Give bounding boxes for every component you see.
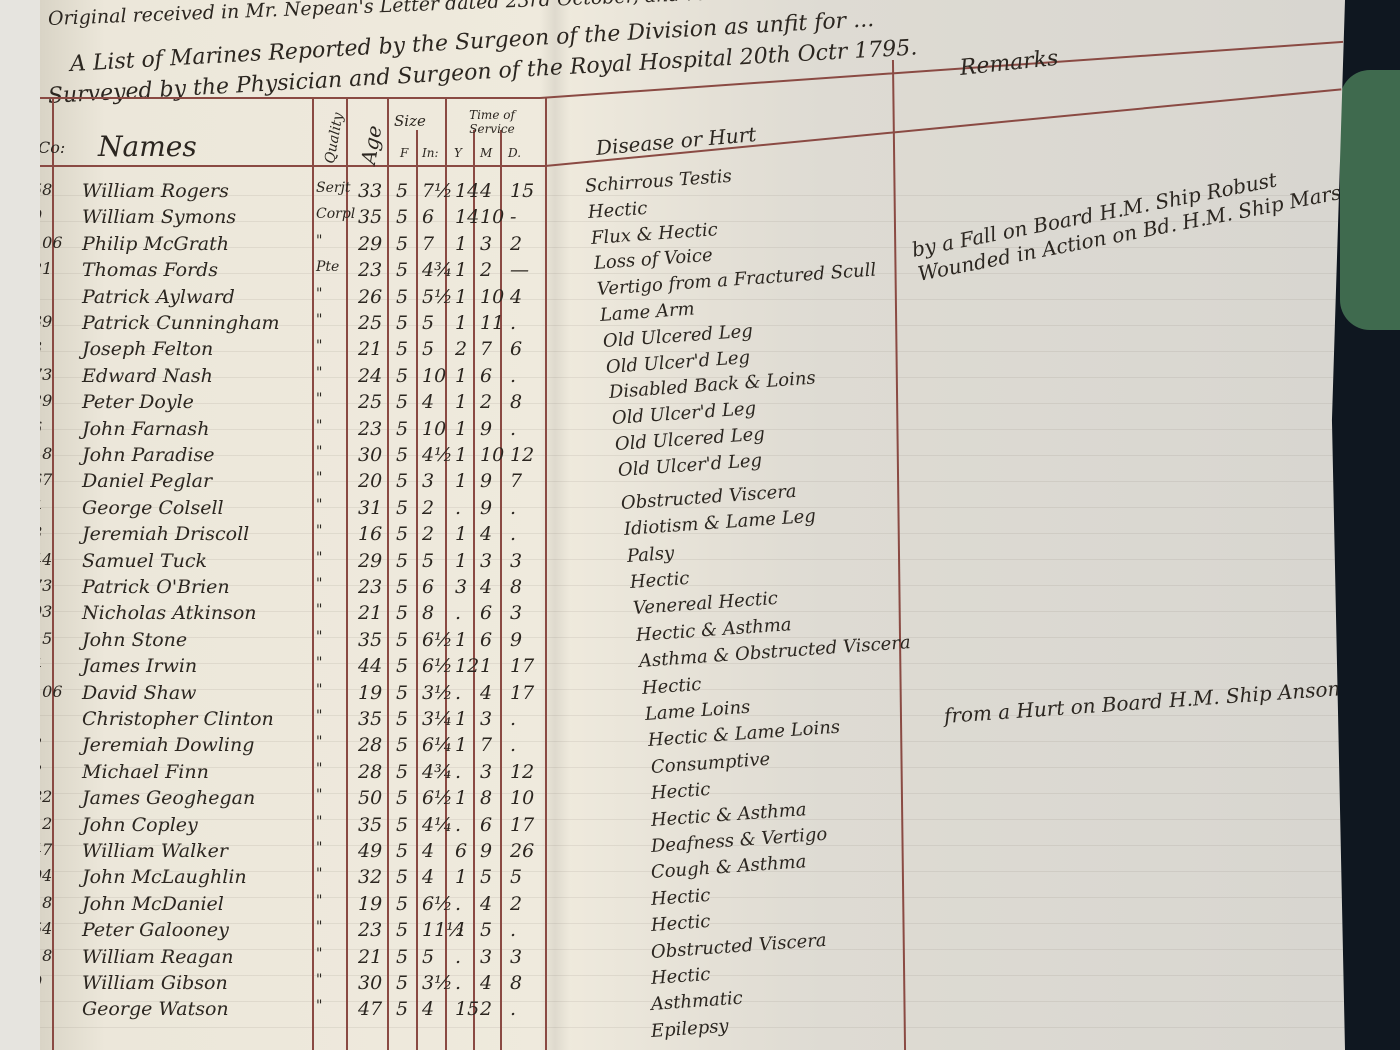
months-cell: 5 bbox=[480, 866, 492, 888]
inches-cell: 4 bbox=[422, 866, 434, 888]
name-cell: John Stone bbox=[82, 629, 187, 651]
name-cell: John McLaughlin bbox=[82, 866, 247, 888]
years-cell: 1 bbox=[455, 523, 467, 545]
inches-cell: 10 bbox=[422, 365, 446, 387]
quality-cell: " bbox=[316, 286, 322, 302]
name-cell: John Paradise bbox=[82, 444, 214, 466]
table-row: 58William RogersSerjt3357½14415 bbox=[40, 180, 940, 206]
quality-cell: " bbox=[316, 391, 322, 407]
years-cell: 1 bbox=[455, 312, 467, 334]
quality-cell: " bbox=[316, 814, 322, 830]
quality-cell: " bbox=[316, 761, 322, 777]
feet-cell: 5 bbox=[396, 286, 408, 308]
days-cell: 8 bbox=[510, 576, 522, 598]
years-cell: 15 bbox=[455, 998, 479, 1020]
months-cell: 10 bbox=[480, 444, 504, 466]
feet-cell: 5 bbox=[396, 338, 408, 360]
months-cell: 5 bbox=[480, 919, 492, 941]
col-head-quality: Quality bbox=[322, 111, 347, 164]
days-cell: 4 bbox=[510, 286, 522, 308]
disease-cell: Hectic bbox=[587, 198, 648, 223]
days-cell: 3 bbox=[510, 946, 522, 968]
years-cell: 1 bbox=[455, 787, 467, 809]
feet-cell: 5 bbox=[396, 998, 408, 1020]
days-cell: 17 bbox=[510, 655, 534, 677]
table-row bbox=[40, 1025, 940, 1050]
days-cell: . bbox=[510, 523, 516, 545]
name-cell: David Shaw bbox=[82, 682, 196, 704]
col-head-remarks: Remarks bbox=[959, 46, 1060, 81]
days-cell: 2 bbox=[510, 893, 522, 915]
table-row: 67Daniel Peglar"2053197 bbox=[40, 470, 940, 496]
table-row: 44Samuel Tuck"2955133 bbox=[40, 550, 940, 576]
table-row: 39Patrick Cunningham"2555111. bbox=[40, 312, 940, 338]
age-cell: 28 bbox=[358, 734, 382, 756]
days-cell: 8 bbox=[510, 391, 522, 413]
months-cell: 4 bbox=[480, 682, 492, 704]
age-cell: 35 bbox=[358, 708, 382, 730]
age-cell: 29 bbox=[358, 550, 382, 572]
years-cell: 1 bbox=[455, 418, 467, 440]
inches-cell: 4 bbox=[422, 998, 434, 1020]
feet-cell: 5 bbox=[396, 734, 408, 756]
months-cell: 9 bbox=[480, 418, 492, 440]
days-cell: 17 bbox=[510, 682, 534, 704]
feet-cell: 5 bbox=[396, 180, 408, 202]
quality-cell: " bbox=[316, 655, 322, 671]
years-cell: . bbox=[455, 893, 461, 915]
age-cell: 23 bbox=[358, 259, 382, 281]
quality-cell: " bbox=[316, 629, 322, 645]
feet-cell: 5 bbox=[396, 233, 408, 255]
quality-cell: " bbox=[316, 602, 322, 618]
age-cell: 23 bbox=[358, 919, 382, 941]
name-cell: Jeremiah Dowling bbox=[82, 734, 254, 756]
name-cell: James Geoghegan bbox=[82, 787, 255, 809]
days-cell: . bbox=[510, 734, 516, 756]
months-cell: 3 bbox=[480, 233, 492, 255]
table-row: George Watson"4754152. bbox=[40, 998, 940, 1024]
col-head-company: Co: bbox=[38, 138, 65, 157]
inches-cell: 5 bbox=[422, 312, 434, 334]
days-cell: 3 bbox=[510, 550, 522, 572]
name-cell: John McDaniel bbox=[82, 893, 224, 915]
days-cell: 2 bbox=[510, 233, 522, 255]
name-cell: Patrick O'Brien bbox=[82, 576, 230, 598]
quality-cell: " bbox=[316, 893, 322, 909]
age-cell: 23 bbox=[358, 576, 382, 598]
age-cell: 31 bbox=[358, 497, 382, 519]
months-cell: 3 bbox=[480, 708, 492, 730]
days-cell: 15 bbox=[510, 180, 534, 202]
days-cell: — bbox=[510, 259, 529, 281]
inches-cell: 10 bbox=[422, 418, 446, 440]
name-cell: John Farnash bbox=[82, 418, 209, 440]
months-cell: 6 bbox=[480, 629, 492, 651]
name-cell: Peter Doyle bbox=[82, 391, 194, 413]
years-cell: 1 bbox=[455, 919, 467, 941]
inches-cell: 5 bbox=[422, 338, 434, 360]
months-cell: 2 bbox=[480, 998, 492, 1020]
col-head-inches: In: bbox=[422, 146, 439, 160]
name-cell: Patrick Cunningham bbox=[82, 312, 280, 334]
years-cell: 1 bbox=[455, 444, 467, 466]
years-cell: 1 bbox=[455, 391, 467, 413]
feet-cell: 5 bbox=[396, 418, 408, 440]
months-cell: 11 bbox=[480, 312, 504, 334]
inches-cell: 4 bbox=[422, 840, 434, 862]
years-cell: 14 bbox=[455, 180, 479, 202]
age-cell: 19 bbox=[358, 682, 382, 704]
months-cell: 4 bbox=[480, 576, 492, 598]
months-cell: 4 bbox=[480, 523, 492, 545]
age-cell: 33 bbox=[358, 180, 382, 202]
inches-cell: 6¼ bbox=[422, 734, 453, 756]
table-row: 2Michael Finn"2854¾.312 bbox=[40, 761, 940, 787]
table-row: 29Peter Doyle"2554128 bbox=[40, 391, 940, 417]
header-bottom-rule bbox=[40, 165, 545, 167]
inches-cell: 3½ bbox=[422, 972, 453, 994]
days-cell: 3 bbox=[510, 602, 522, 624]
table-row: 93Nicholas Atkinson"2158.63 bbox=[40, 602, 940, 628]
months-cell: 2 bbox=[480, 259, 492, 281]
age-cell: 32 bbox=[358, 866, 382, 888]
years-cell: . bbox=[455, 814, 461, 836]
months-cell: 7 bbox=[480, 734, 492, 756]
name-cell: William Rogers bbox=[82, 180, 229, 202]
months-cell: 3 bbox=[480, 761, 492, 783]
inches-cell: 6½ bbox=[422, 893, 453, 915]
days-cell: 9 bbox=[510, 629, 522, 651]
feet-cell: 5 bbox=[396, 629, 408, 651]
feet-cell: 5 bbox=[396, 840, 408, 862]
age-cell: 35 bbox=[358, 629, 382, 651]
table-row: 73Patrick O'Brien"2356348 bbox=[40, 576, 940, 602]
days-cell: . bbox=[510, 497, 516, 519]
years-cell: 3 bbox=[455, 576, 467, 598]
table-row: 9William Gibson"3053½.48 bbox=[40, 972, 940, 998]
months-cell: 6 bbox=[480, 602, 492, 624]
feet-cell: 5 bbox=[396, 972, 408, 994]
disease-cell: Palsy bbox=[626, 542, 675, 566]
table-row: 9William SymonsCorpl35561410- bbox=[40, 206, 940, 232]
feet-cell: 5 bbox=[396, 576, 408, 598]
feet-cell: 5 bbox=[396, 682, 408, 704]
name-cell: Edward Nash bbox=[82, 365, 213, 387]
age-cell: 29 bbox=[358, 233, 382, 255]
quality-cell: " bbox=[316, 682, 322, 698]
name-cell: George Watson bbox=[82, 998, 229, 1020]
name-cell: William Symons bbox=[82, 206, 236, 228]
table-row: 6John Farnash"2351019. bbox=[40, 418, 940, 444]
table-row: 18John McDaniel"1956½.42 bbox=[40, 893, 940, 919]
years-cell: . bbox=[455, 946, 461, 968]
name-cell: William Walker bbox=[82, 840, 228, 862]
disease-cell: Hectic bbox=[650, 779, 711, 804]
age-cell: 23 bbox=[358, 418, 382, 440]
months-cell: 9 bbox=[480, 470, 492, 492]
years-cell: . bbox=[455, 497, 461, 519]
quality-cell: " bbox=[316, 550, 322, 566]
feet-cell: 5 bbox=[396, 919, 408, 941]
inches-cell: 4¼ bbox=[422, 814, 453, 836]
days-cell: 8 bbox=[510, 972, 522, 994]
age-cell: 20 bbox=[358, 470, 382, 492]
inches-cell: 4½ bbox=[422, 444, 453, 466]
years-cell: . bbox=[455, 972, 461, 994]
days-cell: 7 bbox=[510, 470, 522, 492]
inches-cell: 5 bbox=[422, 946, 434, 968]
quality-cell: " bbox=[316, 233, 322, 249]
age-cell: 35 bbox=[358, 206, 382, 228]
name-cell: William Reagan bbox=[82, 946, 234, 968]
years-cell: 14 bbox=[455, 206, 479, 228]
days-cell: . bbox=[510, 708, 516, 730]
feet-cell: 5 bbox=[396, 655, 408, 677]
disease-cell: Hectic bbox=[650, 964, 711, 989]
disease-cell: Hectic bbox=[650, 911, 711, 936]
quality-cell: " bbox=[316, 365, 322, 381]
disease-cell: Hectic bbox=[629, 568, 690, 593]
inches-cell: 6½ bbox=[422, 787, 453, 809]
inches-cell: 4¾ bbox=[422, 761, 453, 783]
years-cell: . bbox=[455, 602, 461, 624]
col-head-size: Size bbox=[394, 112, 426, 130]
inches-cell: 6 bbox=[422, 206, 434, 228]
years-cell: 1 bbox=[455, 259, 467, 281]
months-cell: 9 bbox=[480, 840, 492, 862]
feet-cell: 5 bbox=[396, 470, 408, 492]
age-cell: 30 bbox=[358, 972, 382, 994]
table-top-rule bbox=[40, 97, 540, 99]
inches-cell: 2 bbox=[422, 523, 434, 545]
inches-cell: 6 bbox=[422, 576, 434, 598]
feet-cell: 5 bbox=[396, 444, 408, 466]
years-cell: 1 bbox=[455, 866, 467, 888]
feet-cell: 5 bbox=[396, 550, 408, 572]
days-cell: 17 bbox=[510, 814, 534, 836]
age-cell: 16 bbox=[358, 523, 382, 545]
years-cell: 1 bbox=[455, 286, 467, 308]
age-cell: 24 bbox=[358, 365, 382, 387]
table-row: 106David Shaw"1953½.417 bbox=[40, 682, 940, 708]
inches-cell: 4 bbox=[422, 391, 434, 413]
col-head-age: Age bbox=[356, 124, 386, 167]
feet-cell: 5 bbox=[396, 761, 408, 783]
days-cell: . bbox=[510, 998, 516, 1020]
inches-cell: 7 bbox=[422, 233, 434, 255]
disease-cell: Hectic bbox=[641, 673, 702, 698]
age-cell: 50 bbox=[358, 787, 382, 809]
inches-cell: 3¼ bbox=[422, 708, 453, 730]
age-cell: 21 bbox=[358, 602, 382, 624]
months-cell: 1 bbox=[480, 655, 492, 677]
years-cell: 1 bbox=[455, 470, 467, 492]
years-cell: 1 bbox=[455, 708, 467, 730]
years-cell: 12 bbox=[455, 655, 479, 677]
quality-cell: Serjt bbox=[316, 180, 351, 196]
feet-cell: 5 bbox=[396, 259, 408, 281]
quality-cell: " bbox=[316, 946, 322, 962]
feet-cell: 5 bbox=[396, 893, 408, 915]
quality-cell: " bbox=[316, 919, 322, 935]
inches-cell: 5½ bbox=[422, 286, 453, 308]
inches-cell: 6½ bbox=[422, 629, 453, 651]
name-cell: Michael Finn bbox=[82, 761, 209, 783]
days-cell: . bbox=[510, 418, 516, 440]
years-cell: 1 bbox=[455, 233, 467, 255]
quality-cell: " bbox=[316, 576, 322, 592]
inches-cell: 6½ bbox=[422, 655, 453, 677]
feet-cell: 5 bbox=[396, 365, 408, 387]
days-cell: 5 bbox=[510, 866, 522, 888]
years-cell: 1 bbox=[455, 550, 467, 572]
years-cell: 2 bbox=[455, 338, 467, 360]
days-cell: . bbox=[510, 365, 516, 387]
feet-cell: 5 bbox=[396, 523, 408, 545]
quality-cell: " bbox=[316, 972, 322, 988]
name-cell: Daniel Peglar bbox=[82, 470, 212, 492]
name-cell: John Copley bbox=[82, 814, 198, 836]
feet-cell: 5 bbox=[396, 391, 408, 413]
feet-cell: 5 bbox=[396, 814, 408, 836]
quality-cell: " bbox=[316, 312, 322, 328]
age-cell: 26 bbox=[358, 286, 382, 308]
feet-cell: 5 bbox=[396, 497, 408, 519]
feet-cell: 5 bbox=[396, 787, 408, 809]
disease-cell: Hectic bbox=[650, 885, 711, 910]
days-cell: - bbox=[510, 206, 516, 228]
inches-cell: 3½ bbox=[422, 682, 453, 704]
name-cell: Peter Galooney bbox=[82, 919, 229, 941]
months-cell: 7 bbox=[480, 338, 492, 360]
months-cell: 4 bbox=[480, 180, 492, 202]
quality-cell: " bbox=[316, 470, 322, 486]
inches-cell: 4¾ bbox=[422, 259, 453, 281]
feet-cell: 5 bbox=[396, 602, 408, 624]
inches-cell: 2 bbox=[422, 497, 434, 519]
months-cell: 8 bbox=[480, 787, 492, 809]
age-cell: 44 bbox=[358, 655, 382, 677]
quality-cell: " bbox=[316, 840, 322, 856]
age-cell: 28 bbox=[358, 761, 382, 783]
feet-cell: 5 bbox=[396, 708, 408, 730]
months-cell: 4 bbox=[480, 893, 492, 915]
days-cell: 26 bbox=[510, 840, 534, 862]
years-cell: 6 bbox=[455, 840, 467, 862]
inches-cell: 5 bbox=[422, 550, 434, 572]
inches-cell: 8 bbox=[422, 602, 434, 624]
col-head-days: D. bbox=[508, 146, 521, 160]
quality-cell: Pte bbox=[316, 259, 339, 275]
quality-cell: " bbox=[316, 523, 322, 539]
background-green-object bbox=[1340, 70, 1400, 330]
col-head-feet: F bbox=[400, 146, 408, 160]
age-cell: 21 bbox=[358, 946, 382, 968]
age-cell: 25 bbox=[358, 391, 382, 413]
age-cell: 35 bbox=[358, 814, 382, 836]
quality-cell: " bbox=[316, 497, 322, 513]
quality-cell: " bbox=[316, 444, 322, 460]
ledger-page: Original received in Mr. Nepean's Letter… bbox=[40, 0, 1345, 1050]
col-head-names: Names bbox=[98, 130, 197, 163]
days-cell: 6 bbox=[510, 338, 522, 360]
months-cell: 10 bbox=[480, 206, 504, 228]
months-cell: 2 bbox=[480, 391, 492, 413]
age-cell: 25 bbox=[358, 312, 382, 334]
feet-cell: 5 bbox=[396, 866, 408, 888]
name-cell: Christopher Clinton bbox=[82, 708, 274, 730]
col-head-months: M bbox=[480, 146, 492, 160]
name-cell: Jeremiah Driscoll bbox=[82, 523, 249, 545]
months-cell: 6 bbox=[480, 365, 492, 387]
table-row: "Patrick Aylward"2655½1104 bbox=[40, 286, 940, 312]
table-row: 3Joseph Felton"2155276 bbox=[40, 338, 940, 364]
age-cell: 49 bbox=[358, 840, 382, 862]
feet-cell: 5 bbox=[396, 312, 408, 334]
quality-cell: Corpl bbox=[316, 206, 355, 222]
inches-cell: 7½ bbox=[422, 180, 453, 202]
inches-cell: 3 bbox=[422, 470, 434, 492]
name-cell: Philip McGrath bbox=[82, 233, 229, 255]
quality-cell: " bbox=[316, 338, 322, 354]
name-cell: Nicholas Atkinson bbox=[82, 602, 257, 624]
table-row: 18John Paradise"3054½11012 bbox=[40, 444, 940, 470]
name-cell: James Irwin bbox=[82, 655, 197, 677]
quality-cell: " bbox=[316, 866, 322, 882]
quality-cell: " bbox=[316, 708, 322, 724]
quality-cell: " bbox=[316, 787, 322, 803]
name-cell: Samuel Tuck bbox=[82, 550, 207, 572]
col-head-years: Y bbox=[454, 146, 462, 160]
name-cell: George Colsell bbox=[82, 497, 224, 519]
age-cell: 47 bbox=[358, 998, 382, 1020]
months-cell: 4 bbox=[480, 972, 492, 994]
years-cell: 1 bbox=[455, 734, 467, 756]
name-cell: Patrick Aylward bbox=[82, 286, 235, 308]
days-cell: . bbox=[510, 312, 516, 334]
age-cell: 21 bbox=[358, 338, 382, 360]
table-row: 106Philip McGrath"2957132 bbox=[40, 233, 940, 259]
age-cell: 19 bbox=[358, 893, 382, 915]
name-cell: Thomas Fords bbox=[82, 259, 218, 281]
header-bottom-rule-right bbox=[545, 88, 1342, 167]
quality-cell: " bbox=[316, 418, 322, 434]
days-cell: 12 bbox=[510, 444, 534, 466]
feet-cell: 5 bbox=[396, 946, 408, 968]
months-cell: 6 bbox=[480, 814, 492, 836]
months-cell: 10 bbox=[480, 286, 504, 308]
col-head-time-of-service: Time of Service bbox=[452, 108, 532, 136]
years-cell: 1 bbox=[455, 629, 467, 651]
quality-cell: " bbox=[316, 998, 322, 1014]
name-cell: Joseph Felton bbox=[82, 338, 213, 360]
months-cell: 3 bbox=[480, 946, 492, 968]
years-cell: . bbox=[455, 761, 461, 783]
days-cell: 10 bbox=[510, 787, 534, 809]
name-cell: William Gibson bbox=[82, 972, 228, 994]
age-cell: 30 bbox=[358, 444, 382, 466]
days-cell: 12 bbox=[510, 761, 534, 783]
months-cell: 9 bbox=[480, 497, 492, 519]
feet-cell: 5 bbox=[396, 206, 408, 228]
days-cell: . bbox=[510, 919, 516, 941]
years-cell: 1 bbox=[455, 365, 467, 387]
months-cell: 3 bbox=[480, 550, 492, 572]
years-cell: . bbox=[455, 682, 461, 704]
quality-cell: " bbox=[316, 734, 322, 750]
